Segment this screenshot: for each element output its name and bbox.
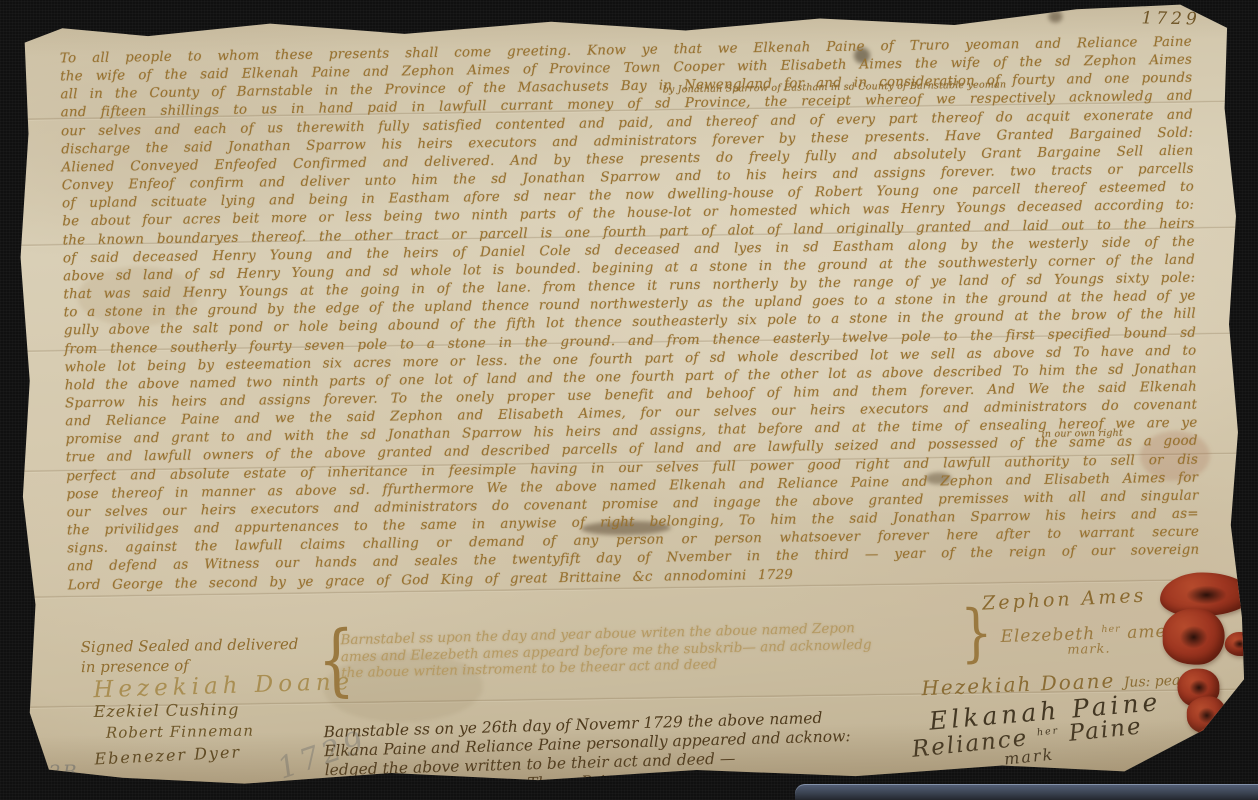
interline-insertion: in our own right bbox=[1042, 428, 1124, 440]
archive-number: 32B bbox=[34, 761, 78, 784]
acknowledgment-ames: Barnstabel ss upon the day and year abou… bbox=[340, 616, 1021, 682]
acknowledgment-paine: Barnstable ss on ye 26th day of Novemr 1… bbox=[323, 708, 852, 799]
table-edge bbox=[795, 784, 1258, 800]
wax-seal bbox=[1187, 696, 1228, 734]
docket-year: 1729 bbox=[1141, 8, 1201, 29]
document-photo: 1729 32B 1729 To all people to whom thes… bbox=[0, 0, 1258, 800]
signature-zephon-ames: Zephon Ames bbox=[982, 585, 1147, 615]
her-mark-label: her bbox=[1101, 624, 1121, 636]
wax-seal bbox=[1189, 726, 1244, 775]
her-mark-label: her bbox=[1036, 725, 1059, 738]
attestation-line: Signed Sealed and delivered bbox=[81, 634, 299, 657]
deed-body-text: To all people to whom these presents sha… bbox=[60, 34, 1200, 595]
signature-elezebeth-ames-mark: Elezebeth her ames mark. bbox=[1000, 621, 1177, 660]
wax-seal bbox=[1225, 632, 1255, 656]
signature-last-name: ames bbox=[1127, 621, 1177, 643]
witness-signatures: Hezekiah DoaneEzekiel CushingRobert Finn… bbox=[93, 671, 355, 764]
ink-spot bbox=[1048, 11, 1062, 23]
parchment-deed: 1729 32B 1729 To all people to whom thes… bbox=[13, 0, 1246, 790]
